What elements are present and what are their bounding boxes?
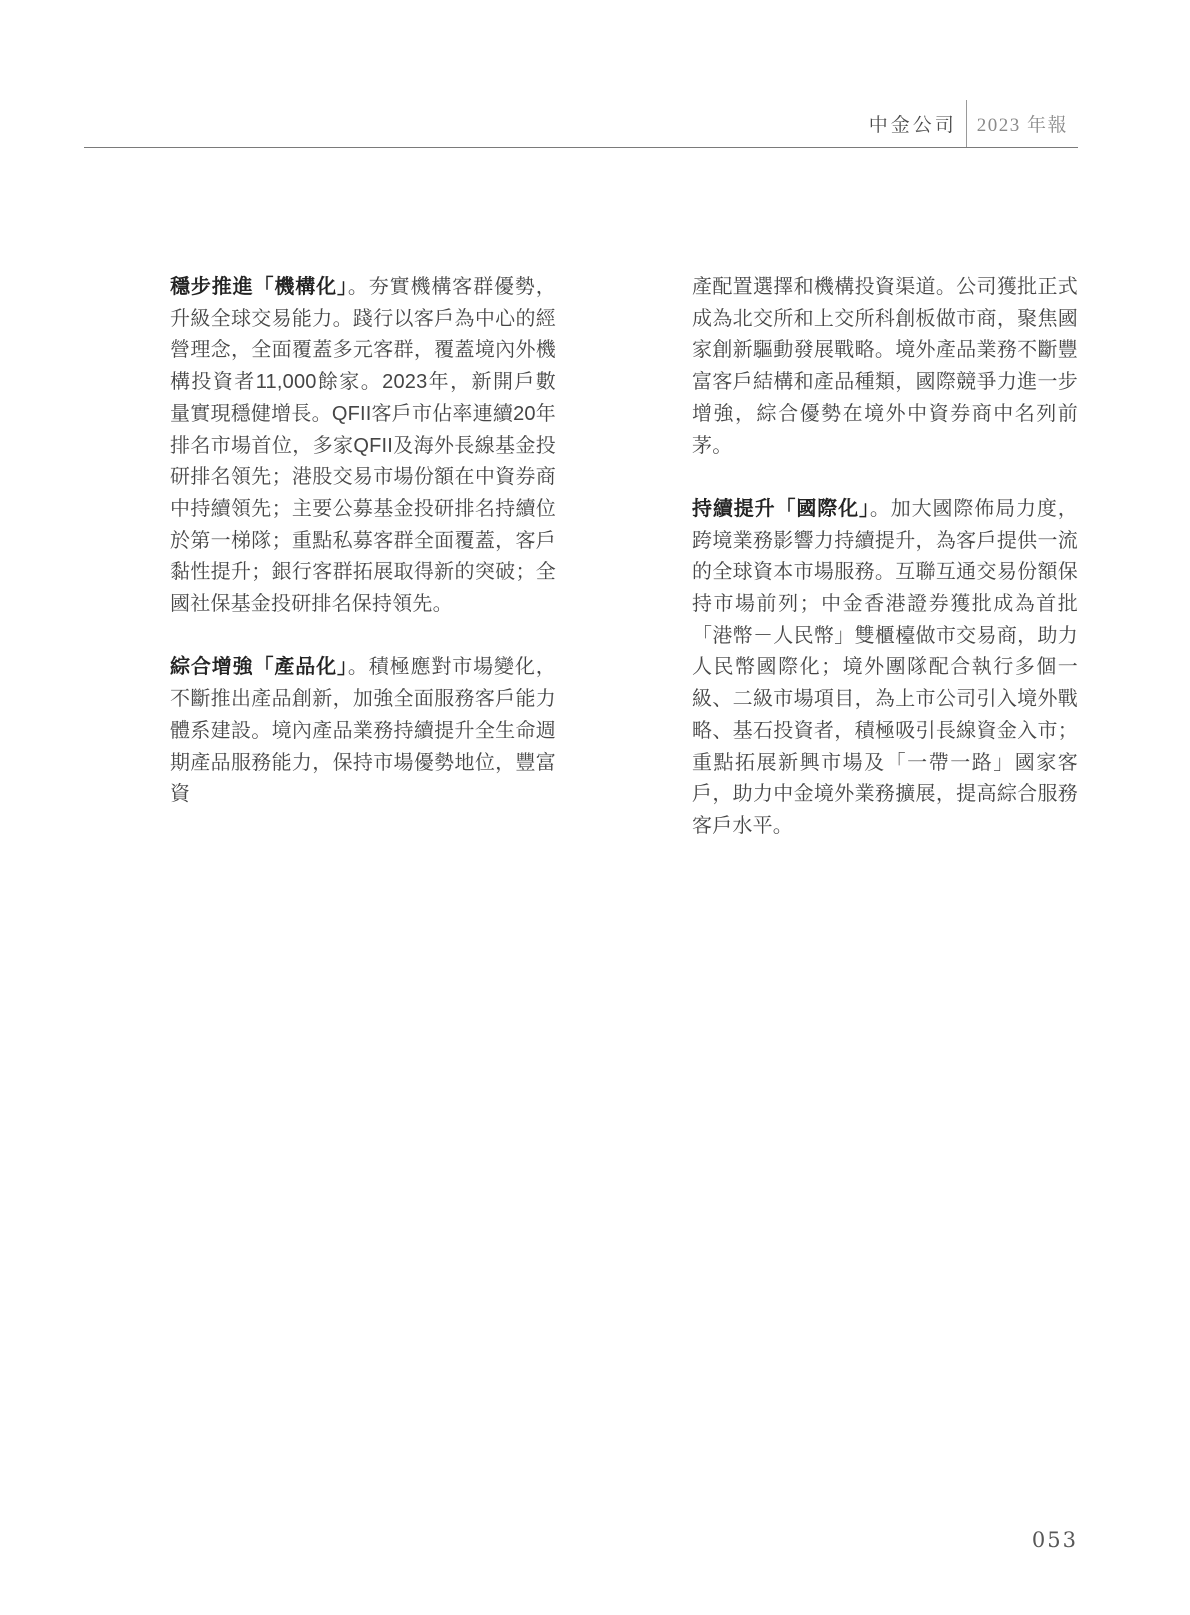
right-column: 產配置選擇和機構投資渠道。公司獲批正式成為北交所和上交所科創板做市商，聚焦國家創… <box>692 272 1078 843</box>
paragraph-body: 。加大國際佈局力度，跨境業務影響力持續提升，為客戶提供一流的全球資本市場服務。互… <box>692 498 1078 837</box>
paragraph-productization: 綜合增強「產品化」。積極應對市場變化，不斷推出產品創新，加強全面服務客戶能力體系… <box>170 652 556 811</box>
page-number: 053 <box>1032 1528 1078 1552</box>
paragraph-lead: 穩步推進「機構化」 <box>170 276 348 298</box>
report-edition: 2023 年報 <box>967 110 1068 137</box>
paragraph-institutionalization: 穩步推進「機構化」。夯實機構客群優勢，升級全球交易能力。踐行以客戶為中心的經營理… <box>170 272 556 621</box>
paragraph-body: 產配置選擇和機構投資渠道。公司獲批正式成為北交所和上交所科創板做市商，聚焦國家創… <box>692 276 1078 457</box>
company-name: 中金公司 <box>869 110 966 137</box>
paragraph-internationalization: 持續提升「國際化」。加大國際佈局力度，跨境業務影響力持續提升，為客戶提供一流的全… <box>692 494 1078 843</box>
paragraph-body: 。夯實機構客群優勢，升級全球交易能力。踐行以客戶為中心的經營理念，全面覆蓋多元客… <box>170 276 556 615</box>
paragraph-productization-continued: 產配置選擇和機構投資渠道。公司獲批正式成為北交所和上交所科創板做市商，聚焦國家創… <box>692 272 1078 462</box>
paragraph-lead: 綜合增強「產品化」 <box>170 656 348 678</box>
paragraph-lead: 持續提升「國際化」 <box>692 498 870 520</box>
paragraph-body: 。積極應對市場變化，不斷推出產品創新，加強全面服務客戶能力體系建設。境內產品業務… <box>170 656 556 805</box>
left-column: 穩步推進「機構化」。夯實機構客群優勢，升級全球交易能力。踐行以客戶為中心的經營理… <box>170 272 556 811</box>
page-header: 中金公司 2023 年報 <box>84 100 1078 148</box>
header-title-group: 中金公司 2023 年報 <box>869 100 1068 147</box>
